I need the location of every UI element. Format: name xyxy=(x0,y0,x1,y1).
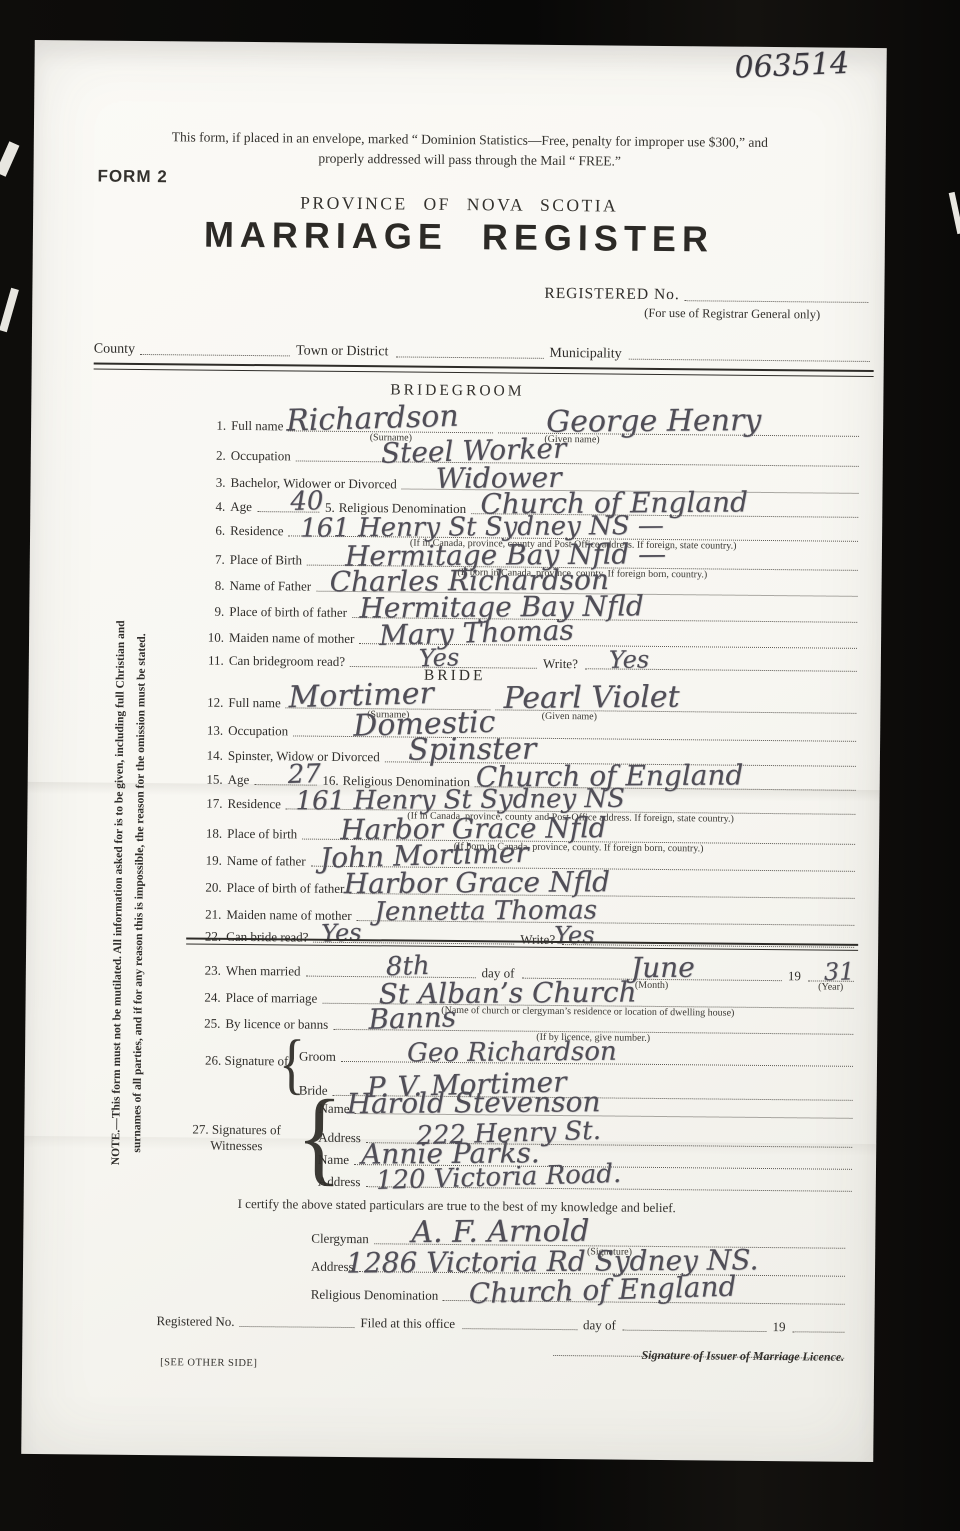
denomination-row: Religious Denomination Church of England xyxy=(311,1283,847,1308)
field-label: Occupation xyxy=(228,723,290,740)
field-number: 8. xyxy=(194,578,229,594)
dotted-line xyxy=(239,1323,354,1328)
clergyman-signature-value: A. F. Arnold xyxy=(411,1217,589,1248)
year-prefix: 19 xyxy=(784,968,805,984)
bridegroom-given-name-value: George Henry xyxy=(546,406,761,438)
see-other-side-note: [SEE OTHER SIDE] xyxy=(160,1357,257,1369)
bridegroom-mother-value: Mary Thomas xyxy=(379,616,574,650)
field-label: Age xyxy=(228,772,252,788)
field-number: 6. xyxy=(195,523,230,539)
witness2-address-value: 120 Victoria Road. xyxy=(376,1161,622,1194)
dotted-line xyxy=(792,1328,844,1332)
bridegroom-age-value: 40 xyxy=(290,488,324,515)
field-number: 23. xyxy=(191,962,226,978)
groom-signature-value: Geo Richardson xyxy=(407,1039,617,1067)
witness1-name-value: Harold Stevenson xyxy=(347,1088,601,1118)
field-number: 9. xyxy=(194,604,229,620)
field-number: 21. xyxy=(191,906,226,922)
registered-no-label: REGISTERED No. xyxy=(544,285,682,304)
field-label: Place of Birth xyxy=(230,552,304,569)
filed-label: Filed at this office xyxy=(356,1315,459,1332)
dotted-line xyxy=(462,1325,577,1330)
field-number: 26. xyxy=(205,1053,221,1068)
location-row: County Town or District Municipality xyxy=(94,338,872,365)
film-scratch xyxy=(949,192,960,234)
field-label: Place of birth of father xyxy=(229,604,349,621)
field-number: 19. xyxy=(192,852,227,868)
field-label: Signatures of xyxy=(212,1122,281,1138)
issuer-caption: Signature of Issuer of Marriage Licence. xyxy=(641,1348,844,1365)
witness2-address-row: Address 120 Victoria Road. xyxy=(318,1170,854,1195)
bride-given-name-value: Pearl Violet xyxy=(503,683,679,714)
field-label: When married xyxy=(226,963,303,980)
field-label: Witnesses xyxy=(192,1138,281,1155)
field-label: By licence or banns xyxy=(225,1016,330,1033)
field-number: 4. xyxy=(195,499,230,515)
film-number-handwritten: 063514 xyxy=(734,49,850,84)
filing-row: Registered No. Filed at this office day … xyxy=(156,1309,846,1336)
municipality-label: Municipality xyxy=(545,346,625,363)
address-label: Address xyxy=(318,1174,363,1190)
bride-residence-value: 161 Henry St Sydney NS xyxy=(295,786,625,815)
field-label: Place of birth xyxy=(227,826,299,843)
field-number: 24. xyxy=(191,989,226,1005)
field-number: 17. xyxy=(192,795,227,811)
field-label: Occupation xyxy=(231,448,293,465)
dotted-line xyxy=(623,1327,767,1332)
field-label: Name of father xyxy=(227,853,308,870)
town-district-line xyxy=(395,353,543,358)
field-number: 13. xyxy=(193,722,228,738)
microfilm-background: 063514 This form, if placed in an envelo… xyxy=(0,0,960,1531)
field-number: 2. xyxy=(196,448,231,464)
field-number: 18. xyxy=(192,825,227,841)
field-26-label: 26. Signature of xyxy=(205,1053,289,1070)
field-label: Residence xyxy=(230,523,286,540)
registered-no-label: Registered No. xyxy=(156,1313,236,1330)
registrar-general-note: (For use of Registrar General only) xyxy=(584,305,880,323)
name-label: Name xyxy=(318,1152,351,1168)
field-number: 3. xyxy=(195,475,230,491)
marriage-day-value: 8th xyxy=(386,953,430,980)
groom-signature-row: Groom Geo Richardson xyxy=(299,1045,855,1070)
field-number: 14. xyxy=(193,747,228,763)
bride-father-birthplace-value: Harbor Grace Nfld xyxy=(344,868,610,898)
field-number: 20. xyxy=(192,879,227,895)
field-number: 1. xyxy=(196,418,231,434)
field-number: 15. xyxy=(193,771,228,787)
film-scratch xyxy=(0,141,19,177)
banns-value: Banns xyxy=(368,1003,456,1034)
field-label: Age xyxy=(230,499,254,515)
clergyman-label: Clergyman xyxy=(311,1231,371,1248)
field-row-12: 12. Full name (Surname) (Given name) Mor… xyxy=(193,690,858,716)
field-label: Maiden name of mother xyxy=(229,630,356,647)
field-number: 25. xyxy=(190,1015,225,1031)
field-number: 12. xyxy=(193,694,228,710)
registered-no-line xyxy=(685,297,869,303)
page-title: MARRIAGE REGISTER xyxy=(33,212,885,262)
county-line xyxy=(140,351,290,356)
town-district-label: Town or District xyxy=(292,343,392,360)
field-label: Place of birth of father xyxy=(227,880,347,897)
field-label: Full name xyxy=(231,418,286,435)
mail-note: This form, if placed in an envelope, mar… xyxy=(78,126,862,173)
denomination-value: Church of England xyxy=(468,1273,736,1309)
field-label: Full name xyxy=(228,695,283,712)
marriage-year-value: 31 xyxy=(824,959,855,984)
field-number: 7. xyxy=(195,552,230,568)
address-label: Address xyxy=(318,1130,363,1146)
field-label: Place of marriage xyxy=(226,990,320,1007)
municipality-line xyxy=(629,356,870,362)
field-label: Name of Father xyxy=(229,578,313,595)
certification-statement: I certify the above stated particulars a… xyxy=(238,1196,676,1216)
year-prefix: 19 xyxy=(768,1319,789,1335)
field-number: 10. xyxy=(194,630,229,646)
field-row-10: 10. Maiden name of mother Mary Thomas xyxy=(194,626,859,652)
bridegroom-surname-value: Richardson xyxy=(286,402,459,437)
day-of-label: day of xyxy=(579,1317,620,1333)
form-number-label: FORM 2 xyxy=(97,167,167,188)
section-rule xyxy=(94,363,874,377)
county-label: County xyxy=(94,342,137,358)
field-27-label: 27. Signatures of Witnesses xyxy=(192,1122,281,1155)
field-label: Residence xyxy=(227,796,283,813)
film-scratch xyxy=(0,288,19,333)
denomination-label: Religious Denomination xyxy=(311,1287,441,1304)
marriage-register-page: 063514 This form, if placed in an envelo… xyxy=(21,40,887,1462)
marriage-month-value: June xyxy=(631,954,695,983)
groom-label: Groom xyxy=(299,1049,338,1065)
registered-no-row: REGISTERED No. xyxy=(544,283,870,306)
field-number: 27. xyxy=(192,1122,208,1137)
bride-age-value: 27 xyxy=(287,761,321,788)
